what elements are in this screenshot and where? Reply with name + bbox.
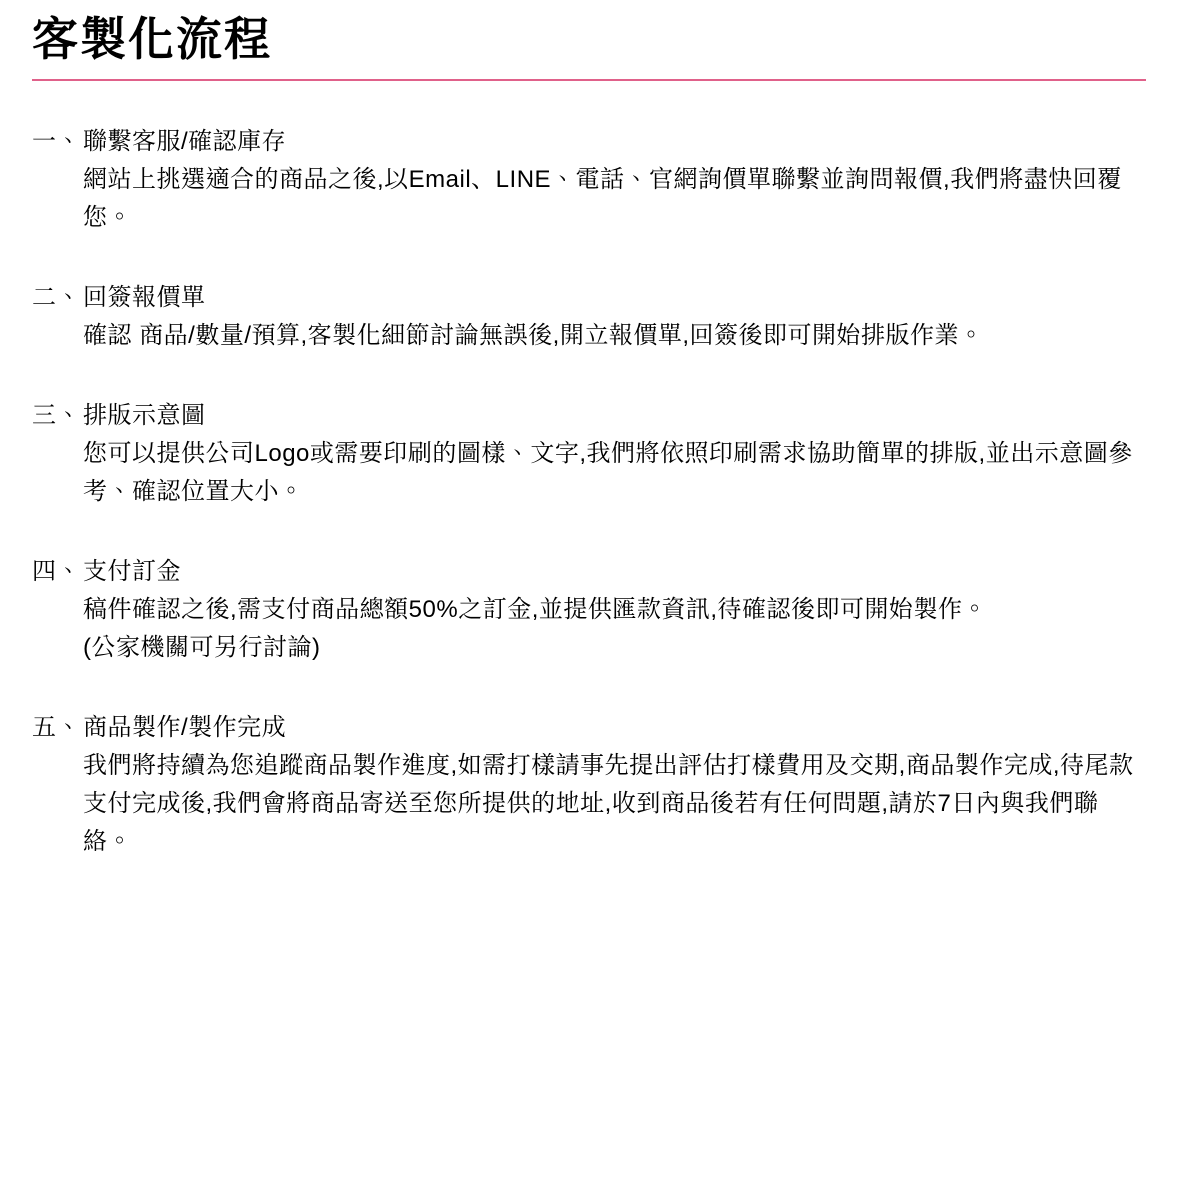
step-4-number: 四、 [32, 553, 83, 591]
step-5-heading: 商品製作/製作完成 [83, 709, 1146, 747]
step-1-paragraph: 網站上挑選適合的商品之後,以Email、LINE、電話、官網詢價單聯繫並詢問報價… [83, 161, 1146, 237]
step-1-content: 聯繫客服/確認庫存 網站上挑選適合的商品之後,以Email、LINE、電話、官網… [83, 123, 1146, 237]
step-3-heading: 排版示意圖 [83, 397, 1146, 435]
step-4-note: (公家機關可另行討論) [83, 629, 1146, 667]
step-2-number: 二、 [32, 279, 83, 317]
process-steps-list: 一、 聯繫客服/確認庫存 網站上挑選適合的商品之後,以Email、LINE、電話… [32, 123, 1146, 861]
customization-process-page: 客製化流程 一、 聯繫客服/確認庫存 網站上挑選適合的商品之後,以Email、L… [0, 0, 1181, 1181]
step-3: 三、 排版示意圖 您可以提供公司Logo或需要印刷的圖樣、文字,我們將依照印刷需… [32, 397, 1146, 511]
step-2-heading: 回簽報價單 [83, 279, 1146, 317]
step-5: 五、 商品製作/製作完成 我們將持續為您追蹤商品製作進度,如需打樣請事先提出評估… [32, 709, 1146, 861]
step-2-paragraph: 確認 商品/數量/預算,客製化細節討論無誤後,開立報價單,回簽後即可開始排版作業… [83, 317, 1146, 355]
step-5-paragraph: 我們將持續為您追蹤商品製作進度,如需打樣請事先提出評估打樣費用及交期,商品製作完… [83, 747, 1146, 861]
step-1: 一、 聯繫客服/確認庫存 網站上挑選適合的商品之後,以Email、LINE、電話… [32, 123, 1146, 237]
step-2: 二、 回簽報價單 確認 商品/數量/預算,客製化細節討論無誤後,開立報價單,回簽… [32, 279, 1146, 355]
step-3-content: 排版示意圖 您可以提供公司Logo或需要印刷的圖樣、文字,我們將依照印刷需求協助… [83, 397, 1146, 511]
page-title: 客製化流程 [32, 14, 1146, 64]
step-5-content: 商品製作/製作完成 我們將持續為您追蹤商品製作進度,如需打樣請事先提出評估打樣費… [83, 709, 1146, 861]
title-divider [32, 79, 1146, 81]
step-2-content: 回簽報價單 確認 商品/數量/預算,客製化細節討論無誤後,開立報價單,回簽後即可… [83, 279, 1146, 355]
step-4-paragraph: 稿件確認之後,需支付商品總額50%之訂金,並提供匯款資訊,待確認後即可開始製作。 [83, 591, 1146, 629]
step-1-number: 一、 [32, 123, 83, 161]
step-3-paragraph: 您可以提供公司Logo或需要印刷的圖樣、文字,我們將依照印刷需求協助簡單的排版,… [83, 435, 1146, 511]
step-5-number: 五、 [32, 709, 83, 747]
step-1-heading: 聯繫客服/確認庫存 [83, 123, 1146, 161]
step-3-number: 三、 [32, 397, 83, 435]
step-4: 四、 支付訂金 稿件確認之後,需支付商品總額50%之訂金,並提供匯款資訊,待確認… [32, 553, 1146, 667]
step-4-content: 支付訂金 稿件確認之後,需支付商品總額50%之訂金,並提供匯款資訊,待確認後即可… [83, 553, 1146, 667]
step-4-heading: 支付訂金 [83, 553, 1146, 591]
